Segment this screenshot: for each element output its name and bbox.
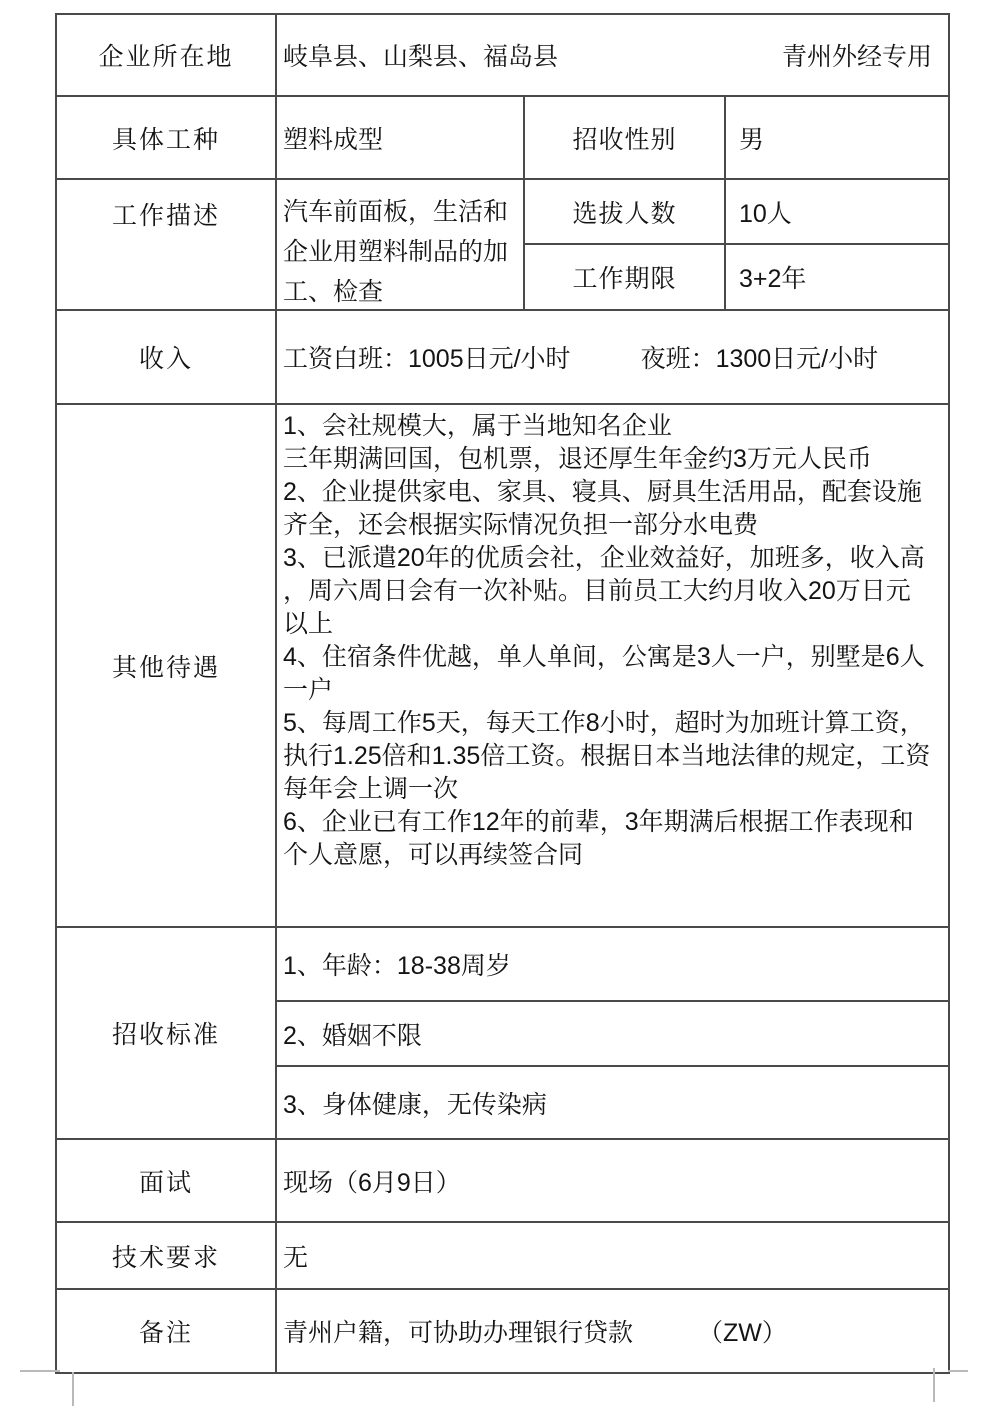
row-income: 收入 工资白班：1005日元/小时 夜班：1300日元/小时 [57,311,948,405]
benefits-line: 执行1.25倍和1.35倍工资。根据日本当地法律的规定，工资 [283,740,948,773]
gender-value: 男 [726,97,948,178]
benefits-label: 其他待遇 [57,405,277,926]
tech-value: 无 [277,1223,948,1288]
gender-label: 招收性别 [525,97,726,178]
location-cell: 岐阜县、山梨县、福岛县 青州外经专用 [277,15,948,95]
row-benefits: 其他待遇 1、会社规模大，属于当地知名企业 三年期满回国，包机票，退还厚生年金约… [57,405,948,928]
remark-code: （ZW） [698,1313,787,1349]
benefits-line: 个人意愿，可以再续签合同 [283,839,948,872]
recruitment-table: 企业所在地 岐阜县、山梨县、福岛县 青州外经专用 具体工种 塑料成型 招收性别 … [55,13,950,1374]
benefits-line: 每年会上调一次 [283,773,948,806]
job-desc-line: 企业用塑料制品的加 [283,232,523,272]
benefits-line: 2、企业提供家电、家具、寝具、厨具生活用品，配套设施 [283,476,948,509]
location-note: 青州外经专用 [782,37,948,73]
criteria-label: 招收标准 [57,928,277,1138]
income-day-shift: 工资白班：1005日元/小时 [283,339,571,375]
page-break-mark [72,1372,74,1406]
job-desc-line: 汽车前面板，生活和 [283,192,523,232]
criteria-item: 3、身体健康，无传染病 [277,1067,948,1138]
income-label: 收入 [57,311,277,403]
remark-cell: 青州户籍，可协助办理银行贷款 （ZW） [277,1290,948,1372]
income-night-shift: 夜班：1300日元/小时 [641,339,879,375]
page-break-mark [948,1370,968,1372]
job-desc-line: 工、检查 [283,272,523,312]
benefits-text: 1、会社规模大，属于当地知名企业 三年期满回国，包机票，退还厚生年金约3万元人民… [277,405,948,926]
page-break-mark [20,1370,60,1372]
job-type-value: 塑料成型 [277,97,525,178]
term-label: 工作期限 [525,245,726,309]
job-desc-text: 汽车前面板，生活和 企业用塑料制品的加 工、检查 [277,180,525,309]
row-tech: 技术要求 无 [57,1223,948,1290]
count-label: 选拔人数 [525,180,726,243]
location-label: 企业所在地 [57,15,277,95]
criteria-item: 2、婚姻不限 [277,1002,948,1067]
page-break-mark [933,1368,935,1402]
subrow-count: 选拔人数 10人 [525,180,948,245]
job-desc-label: 工作描述 [57,180,277,309]
count-value: 10人 [726,180,948,243]
benefits-line: 5、每周工作5天，每天工作8小时，超时为加班计算工资， [283,707,948,740]
criteria-item: 1、年龄：18-38周岁 [277,928,948,1002]
location-value: 岐阜县、山梨县、福岛县 [283,37,558,73]
income-cell: 工资白班：1005日元/小时 夜班：1300日元/小时 [277,311,948,403]
interview-label: 面试 [57,1140,277,1221]
benefits-line: 以上 [283,608,948,641]
benefits-line: 三年期满回国，包机票，退还厚生年金约3万元人民币 [283,443,948,476]
interview-value: 现场（6月9日） [277,1140,948,1221]
benefits-line: 1、会社规模大，属于当地知名企业 [283,410,948,443]
remark-label: 备注 [57,1290,277,1372]
row-job-desc: 工作描述 汽车前面板，生活和 企业用塑料制品的加 工、检查 选拔人数 10人 工… [57,180,948,311]
row-remark: 备注 青州户籍，可协助办理银行贷款 （ZW） [57,1290,948,1372]
benefits-line: 4、住宿条件优越，单人单间，公寓是3人一户，别墅是6人 [283,641,948,674]
benefits-line: 一户 [283,674,948,707]
row-interview: 面试 现场（6月9日） [57,1140,948,1223]
row-location: 企业所在地 岐阜县、山梨县、福岛县 青州外经专用 [57,15,948,97]
benefits-line: 6、企业已有工作12年的前辈，3年期满后根据工作表现和 [283,806,948,839]
tech-label: 技术要求 [57,1223,277,1288]
remark-value: 青州户籍，可协助办理银行贷款 [283,1313,633,1349]
benefits-line: 3、已派遣20年的优质会社，企业效益好，加班多，收入高 [283,542,948,575]
benefits-line: ，周六周日会有一次补贴。目前员工大约月收入20万日元 [283,575,948,608]
job-type-label: 具体工种 [57,97,277,178]
benefits-line: 齐全，还会根据实际情况负担一部分水电费 [283,509,948,542]
term-value: 3+2年 [726,245,948,309]
row-criteria: 招收标准 1、年龄：18-38周岁 2、婚姻不限 3、身体健康，无传染病 [57,928,948,1140]
subrow-term: 工作期限 3+2年 [525,245,948,309]
row-job-type: 具体工种 塑料成型 招收性别 男 [57,97,948,180]
